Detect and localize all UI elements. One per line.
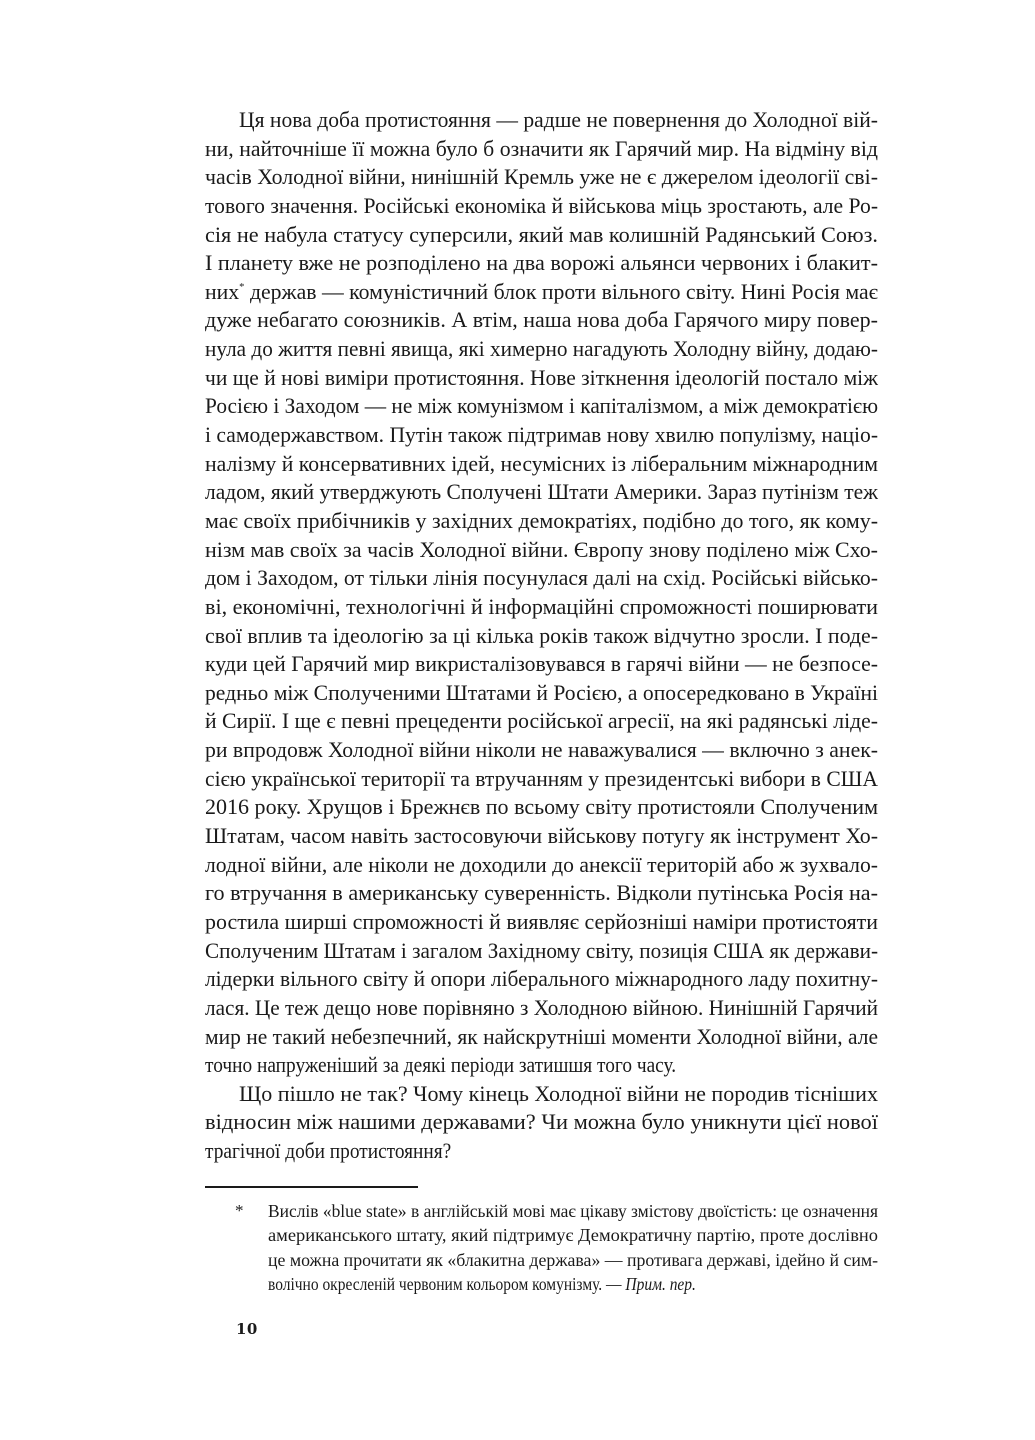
footnote-text: Вислів «blue state» в англійській мові м…: [268, 1199, 878, 1296]
text-fragment: волічно окресленій червоним кольором ком…: [268, 1274, 625, 1294]
text-line: ві, економічні, технологічні й інформаці…: [205, 593, 878, 622]
text-line: лася. Це теж дещо нове порівняно з Холод…: [205, 994, 878, 1023]
text-line: і самодержавством. Путін також підтримав…: [205, 421, 878, 450]
text-line: нула до життя певні явища, які химерно н…: [205, 335, 878, 364]
text-line: ладом, який утверджують Сполучені Штати …: [205, 478, 878, 507]
text-line: дом і Заходом, от тільки лінія посунулас…: [205, 564, 878, 593]
text-fragment: держав — комуністичний блок проти вільно…: [245, 279, 878, 304]
text-line: сією української території та втручанням…: [205, 765, 878, 794]
text-line: І планету вже не розподілено на два воро…: [205, 249, 878, 278]
text-line: часів Холодної війни, нинішній Кремль уж…: [205, 163, 878, 192]
text-line: ростила ширші спроможності й виявляє сер…: [205, 908, 878, 937]
text-line: мир не такий небезпечний, як найскрутніш…: [205, 1023, 878, 1052]
text-line: точно напруженіший за деякі періоди зати…: [205, 1051, 878, 1080]
book-page: Ця нова доба протистояння — радше не пов…: [0, 0, 1035, 1440]
text-line: свої вплив та ідеологію за ці кілька рок…: [205, 622, 878, 651]
text-line: дуже небагато союзників. А втім, наша но…: [205, 306, 878, 335]
text-line: ни, найточніше її можна було б означити …: [205, 135, 878, 164]
body-text: Ця нова доба протистояння — радше не пов…: [205, 106, 878, 1166]
text-line-with-footnote: них* держав — комуністичний блок проти в…: [205, 278, 878, 307]
text-line: має своїх прибічників у західних демокра…: [205, 507, 878, 536]
text-line: сія не набула статусу суперсили, який ма…: [205, 221, 878, 250]
text-line: чи ще й нові виміри протистояння. Нове з…: [205, 364, 878, 393]
footnote-divider: [205, 1186, 418, 1188]
page-number: 10: [236, 1320, 258, 1338]
text-line: налізму й консервативних ідей, несумісни…: [205, 450, 878, 479]
text-line: трагічної доби протистояння?: [205, 1137, 878, 1166]
footnote-line: Вислів «blue state» в англійській мові м…: [268, 1199, 878, 1223]
text-line: ри впродовж Холодної війни ніколи не нав…: [205, 736, 878, 765]
text-line: куди цей Гарячий мир викристалізовувався…: [205, 650, 878, 679]
translator-note: Прим. пер.: [625, 1274, 696, 1294]
footnote-line: волічно окресленій червоним кольором ком…: [268, 1272, 878, 1296]
text-fragment: них: [205, 279, 239, 304]
footnote-marker: *: [235, 1199, 244, 1223]
text-line: нізм мав своїх за часів Холодної війни. …: [205, 536, 878, 565]
text-line: Росією і Заходом — не між комунізмом і к…: [205, 392, 878, 421]
text-line: лідерки вільного світу й опори ліберальн…: [205, 965, 878, 994]
text-line: й Сирії. І ще є певні прецеденти російсь…: [205, 707, 878, 736]
text-line: редньо між Сполученими Штатами й Росією,…: [205, 679, 878, 708]
text-line: тового значення. Російські економіка й в…: [205, 192, 878, 221]
text-line: Ця нова доба протистояння — радше не пов…: [205, 106, 878, 135]
text-line: Що пішло не так? Чому кінець Холодної ві…: [205, 1080, 878, 1109]
text-line: відносин між нашими державами? Чи можна …: [205, 1108, 878, 1137]
text-line: го втручання в американську суверенність…: [205, 879, 878, 908]
text-line: Штатам, часом навіть застосовуючи військ…: [205, 822, 878, 851]
footnote-line: американського штату, який підтримує Дем…: [268, 1223, 878, 1247]
text-line: лодної війни, але ніколи не доходили до …: [205, 851, 878, 880]
footnote-line: це можна прочитати як «блакитна держава»…: [268, 1248, 878, 1272]
text-line: Сполученим Штатам і загалом Західному св…: [205, 937, 878, 966]
text-line: 2016 року. Хрущов і Брежнєв по всьому св…: [205, 793, 878, 822]
